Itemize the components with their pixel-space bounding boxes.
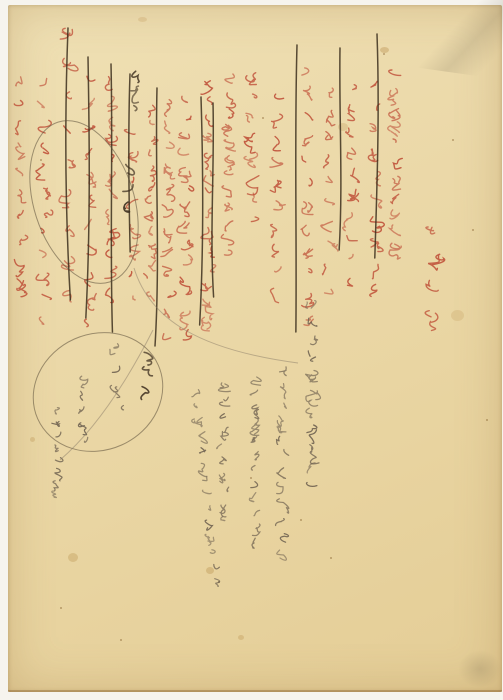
handwritten-pencil-column: しかれどもきみかおむらん (276, 367, 289, 560)
connector-line (134, 268, 298, 363)
handwritten-column: あしふれてとそ勝いあせはして (177, 96, 194, 340)
handwritten-circled-note: ちはに (141, 352, 153, 399)
handwritten-pencil-column: 左に知りたまへちはと (217, 383, 231, 521)
handwritten-column: ませあいかのとをつねを (388, 70, 403, 259)
handwritten-column: 瞻きに面をそむくるは (321, 88, 338, 294)
strike-line (339, 48, 341, 250)
handwritten-column: 今宵わが身の思てんか (270, 94, 285, 303)
strike-line (129, 74, 130, 252)
handwritten-margin-note: S悟する (425, 227, 445, 331)
handwritten-column: あゝ勇猶と精進の (244, 73, 259, 222)
circle-annotation (14, 312, 182, 472)
handwritten-column: 洞っとあえきっにはえして (301, 68, 314, 326)
strike-line (111, 64, 112, 332)
handwritten-column: あしそあしちと栄みつけり (161, 100, 176, 340)
handwritten-correction: これば (131, 71, 139, 110)
handwritten-column: あつあぬかくのまにれ (14, 77, 27, 297)
handwriting-layer: ませあいかのとをつねを伸か欲ちてと聞ひまし悩士によきみの皆賀ひ瞻きに面をそむくる… (0, 0, 503, 700)
handwritten-pencil-column: そむけるはかくさびしく死する (192, 390, 220, 587)
handwritten-circled-note: そむけるは (78, 376, 87, 442)
handwritten-circled-note: きてかたのめるは (52, 408, 63, 498)
handwritten-column: かくそさびしく死するられ (36, 79, 53, 325)
scan-background: ませあいかのとをつねを伸か欲ちてと聞ひまし悩士によきみの皆賀ひ瞻きに面をそむくる… (0, 0, 503, 700)
handwritten-pencil-column: 恐どもえきに耐えおして (305, 301, 320, 487)
handwritten-column: ねかひはつねにありしかど (221, 74, 235, 255)
handwritten-column: 悩士によきみの皆賀ひ (343, 85, 360, 286)
connector-line (60, 330, 153, 460)
circle-annotation (10, 107, 157, 298)
strike-line (296, 45, 297, 332)
handwritten-pencil-column: 気強くはわれか分ちあらお (249, 377, 261, 548)
strike-line (375, 34, 378, 258)
